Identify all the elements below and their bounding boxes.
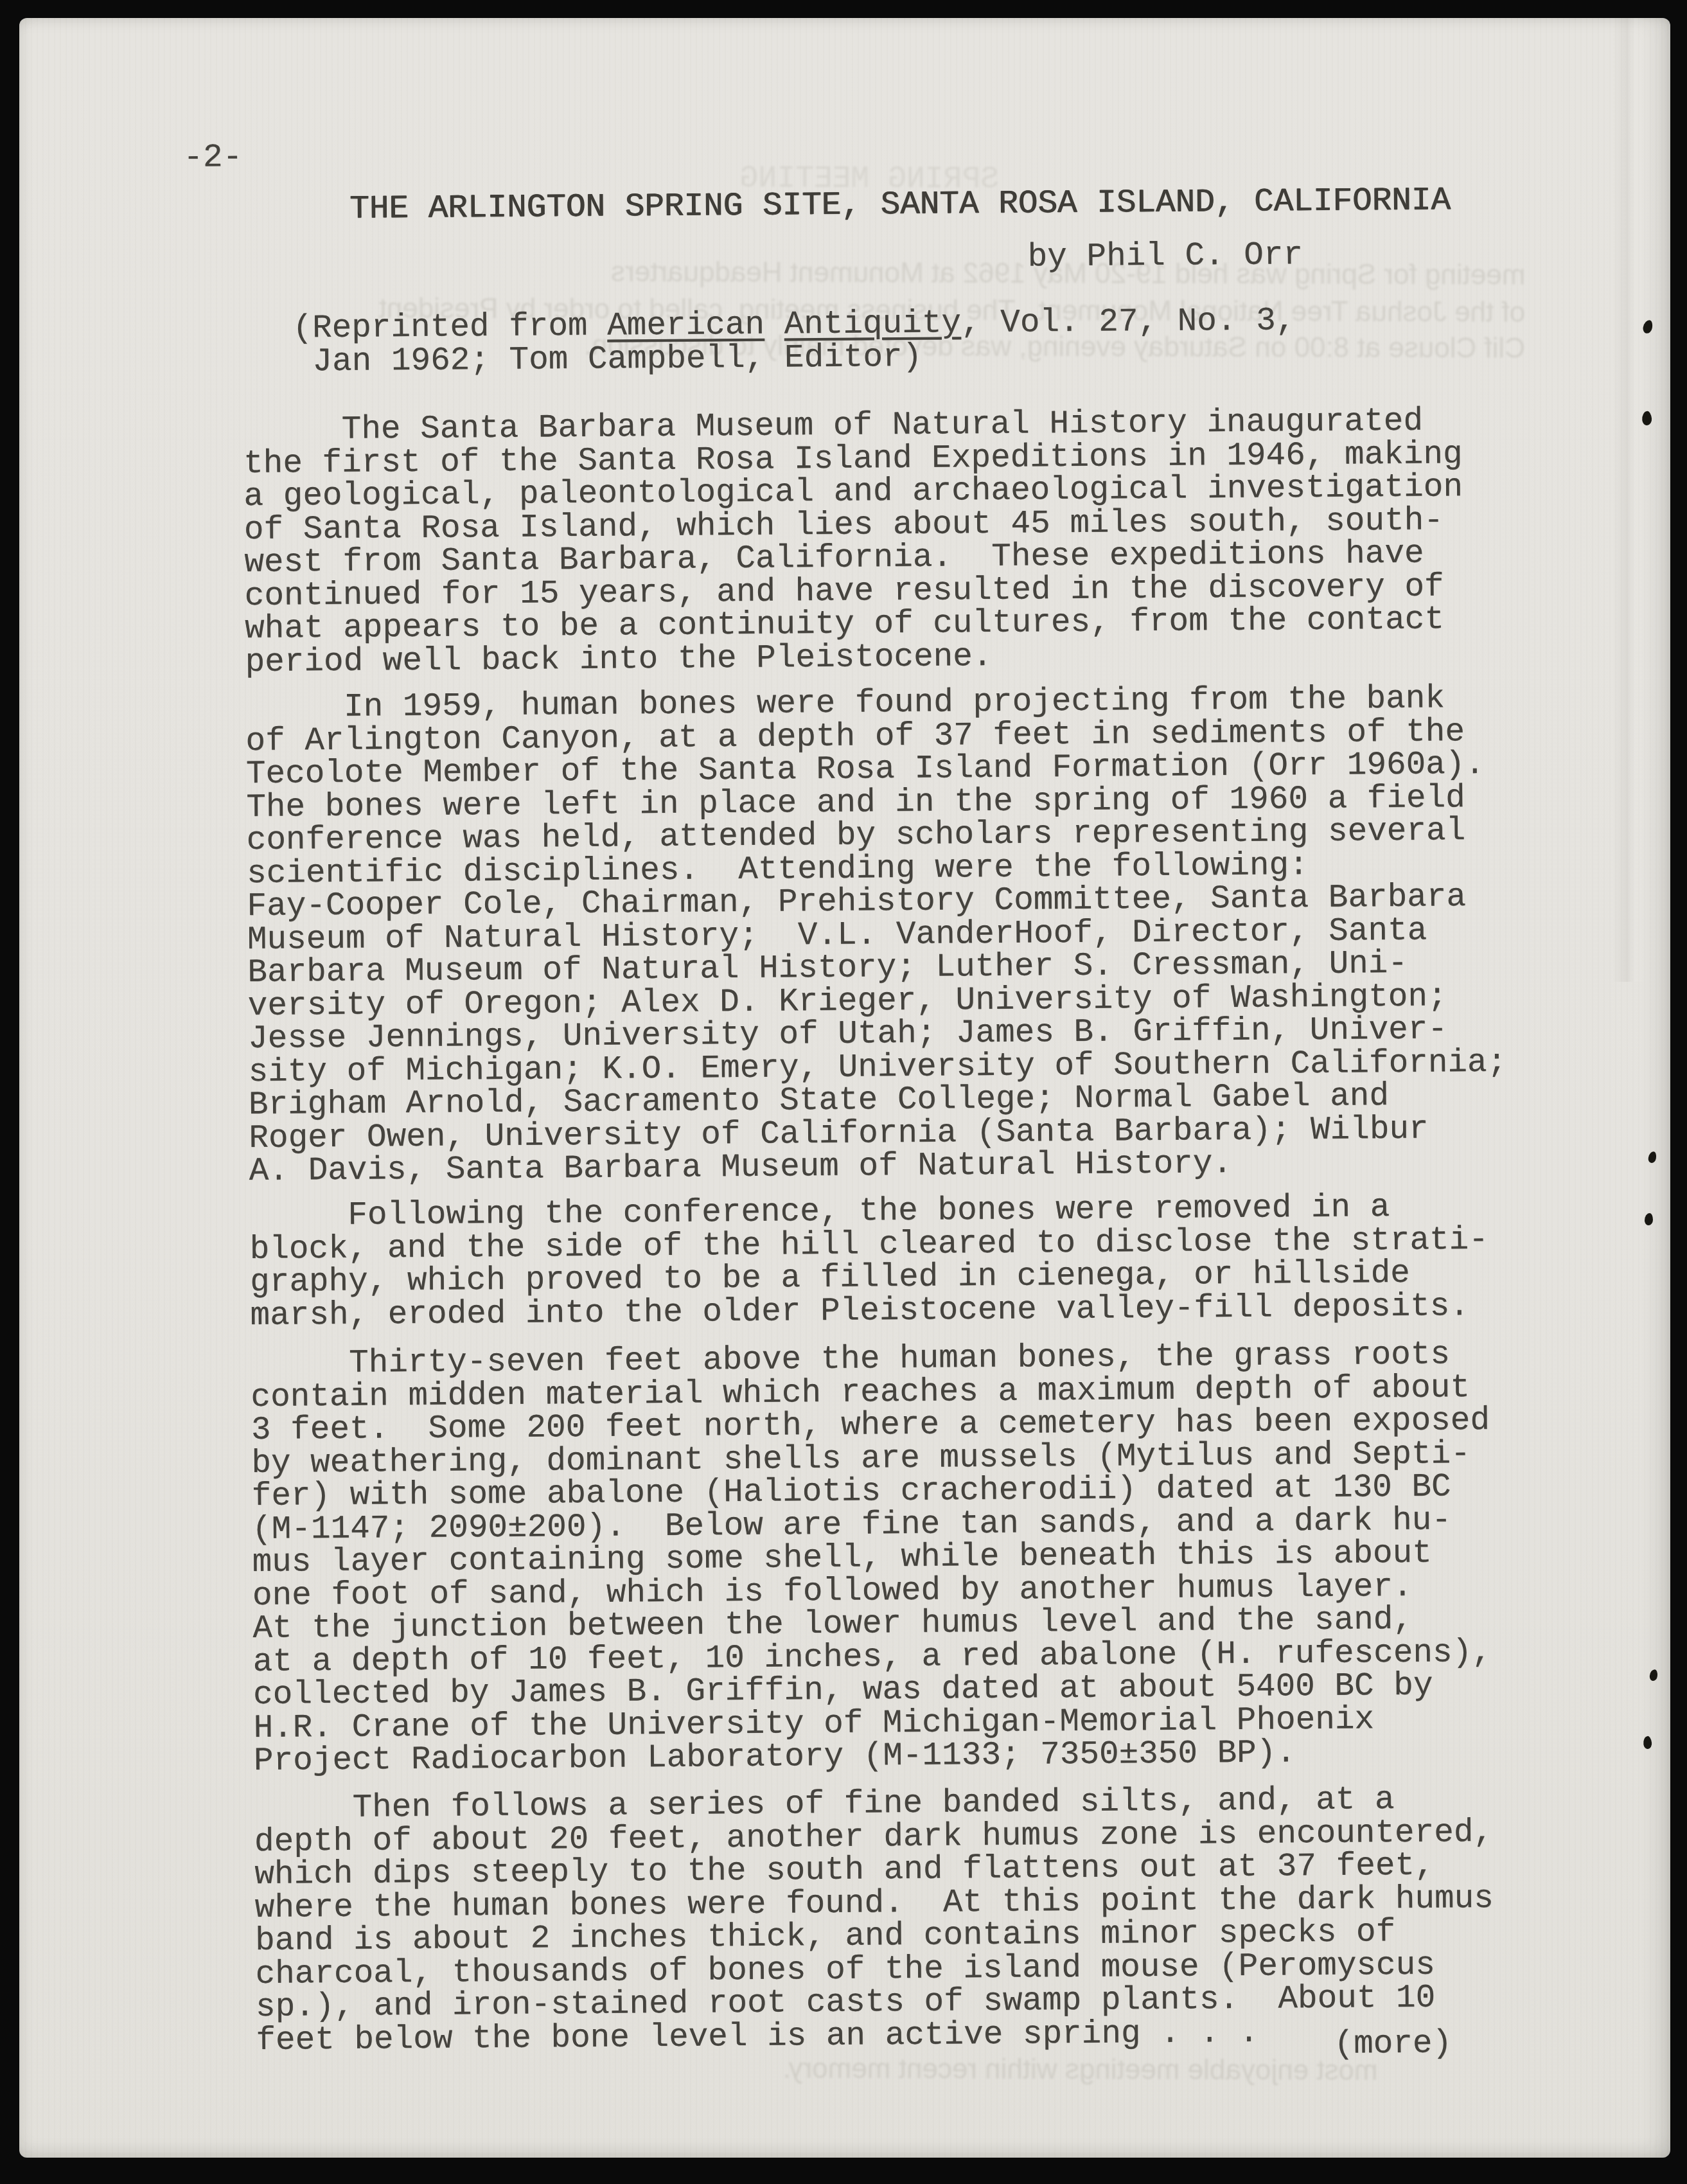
scanner-background: SPRING MEETING meeting for Spring was he… [0,0,1687,2184]
body-paragraph: Thirty-seven feet above the human bones,… [251,1338,1492,1779]
body-paragraph: The Santa Barbara Museum of Natural Hist… [243,405,1464,679]
page-title: THE ARLINGTON SPRING SITE, SANTA ROSA IS… [349,184,1451,226]
byline: by Phil C. Orr [1027,239,1303,274]
body-paragraph: In 1959, human bones were found projecti… [245,682,1508,1189]
typewritten-content: -2- THE ARLINGTON SPRING SITE, SANTA ROS… [11,7,1679,2160]
body-paragraph: Following the conference, the bones were… [249,1191,1489,1333]
reprint-space [764,306,784,343]
reprint-note: (Reprinted from American Antiquity, Vol.… [292,305,1296,378]
page-number: -2- [183,141,242,175]
more-continuation-label: (more) [1334,2027,1452,2061]
body-paragraph: Then follows a series of fine banded sil… [254,1783,1494,2057]
journal-name-word: American [607,307,764,345]
document-page: SPRING MEETING meeting for Spring was he… [19,18,1670,2158]
ink-speck [1645,1213,1653,1225]
journal-name-word: Antiquity [784,305,961,343]
